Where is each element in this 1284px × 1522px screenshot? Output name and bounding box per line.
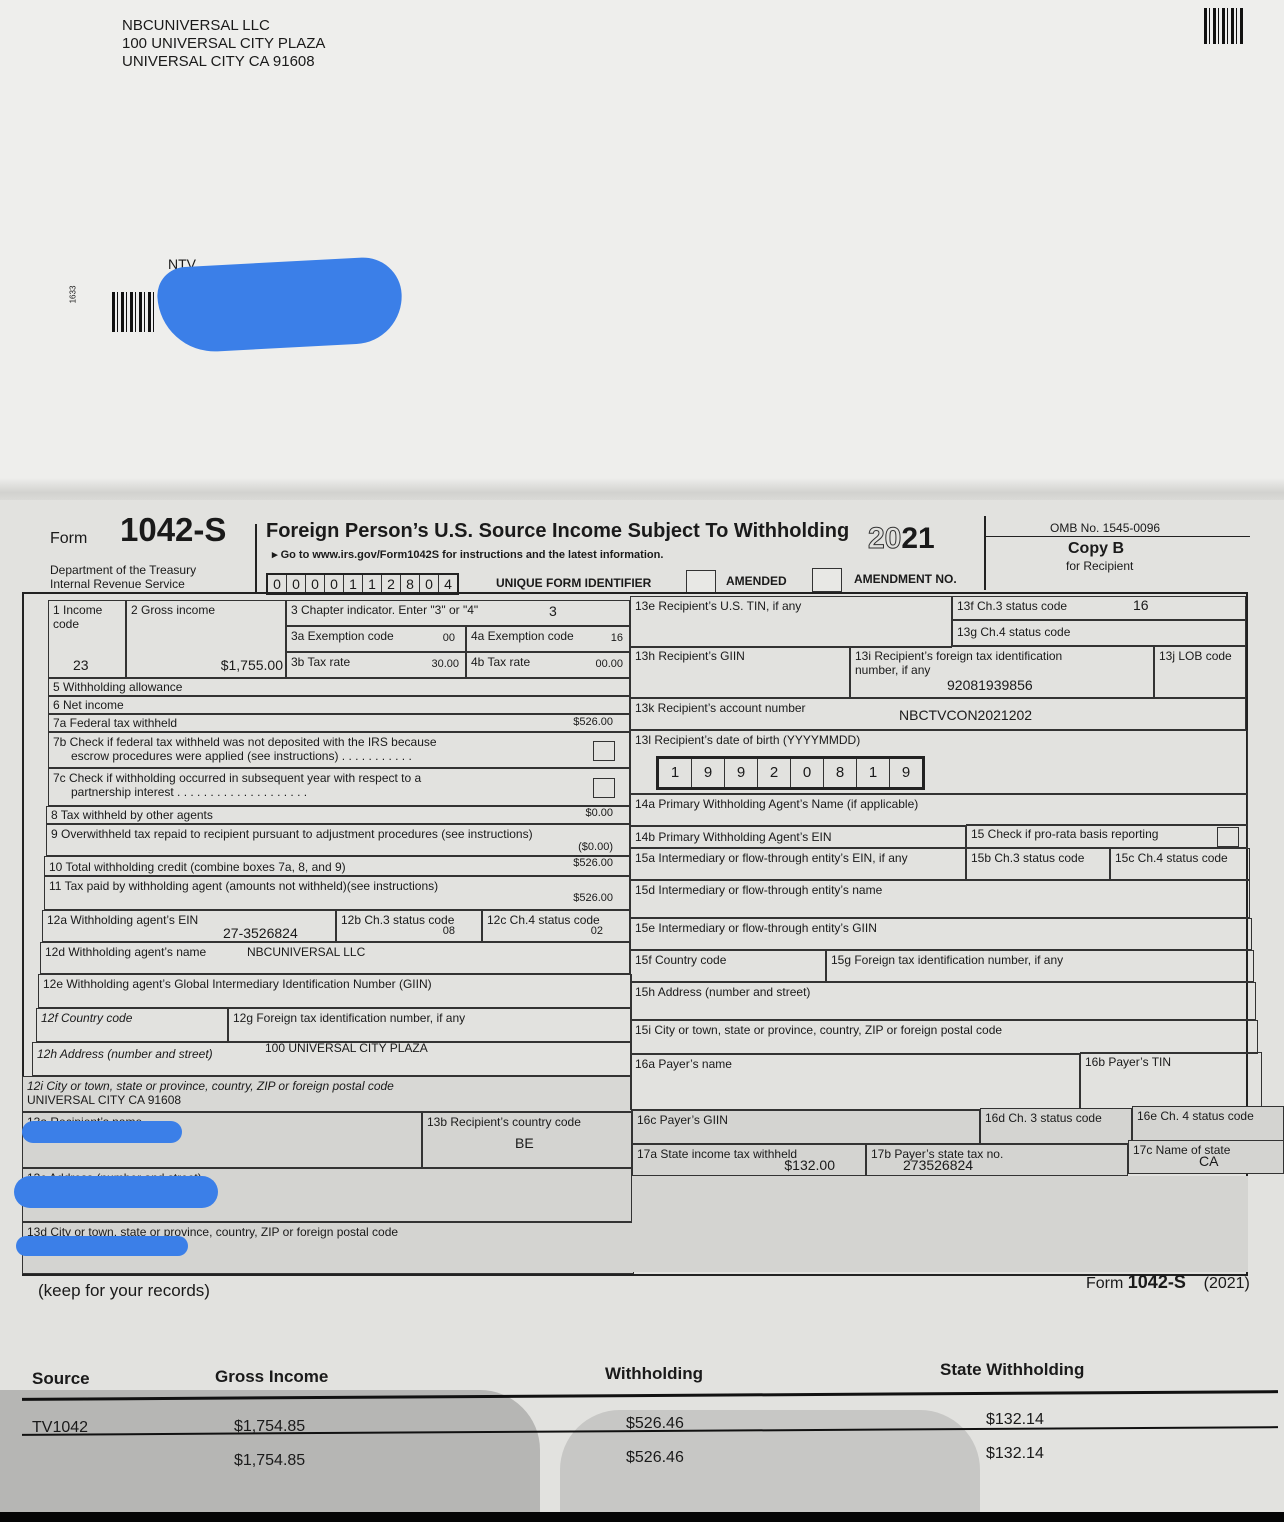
- ch3-status-13f-value: 16: [1133, 597, 1149, 613]
- box-3b: 3b Tax rate 30.00: [286, 652, 466, 678]
- box-15f: 15f Country code: [630, 950, 826, 982]
- year-prefix: 20: [868, 522, 901, 555]
- box-label: 13f Ch.3 status code: [957, 599, 1067, 613]
- box-15g: 15g Foreign tax identification number, i…: [826, 950, 1254, 982]
- box-12c: 12c Ch.4 status code 02: [482, 910, 630, 942]
- box-label: 13k Recipient’s account number: [635, 701, 806, 715]
- keep-note: (keep for your records): [38, 1281, 210, 1301]
- copy-for: for Recipient: [1066, 559, 1133, 573]
- department-line: Department of the Treasury: [50, 563, 196, 577]
- box-12e: 12e Withholding agent’s Global Intermedi…: [38, 974, 632, 1008]
- box-label: 15d Intermediary or flow-through entity’…: [635, 883, 882, 897]
- box-3: 3 Chapter indicator. Enter "3" or "4" 3: [286, 600, 630, 626]
- box-label: number, if any: [855, 663, 1149, 677]
- box-label: escrow procedures were applied (see inst…: [53, 749, 625, 763]
- form-word: Form: [50, 530, 87, 548]
- box-8: 8 Tax withheld by other agents $0.00: [46, 806, 630, 824]
- partnership-checkbox[interactable]: [593, 778, 615, 798]
- sender-name: NBCUNIVERSAL LLC: [122, 17, 325, 35]
- box-label: partnership interest . . . . . . . . . .…: [53, 785, 625, 799]
- withholding-agent-ein-value: 27-3526824: [223, 925, 298, 941]
- agent-address-value: 100 UNIVERSAL CITY PLAZA: [265, 1041, 428, 1055]
- footer-form-number: 1042-S: [1128, 1272, 1186, 1292]
- sender-city: UNIVERSAL CITY CA 91608: [122, 53, 325, 71]
- state-tax-withheld-value: $132.00: [784, 1157, 835, 1173]
- col-header-withholding: Withholding: [605, 1364, 703, 1384]
- exemption-code-3a-value: 00: [443, 632, 455, 644]
- box-1: 1 Income code 23: [48, 600, 126, 678]
- box-13i: 13i Recipient’s foreign tax identificati…: [850, 646, 1154, 698]
- box-label: 14b Primary Withholding Agent’s EIN: [635, 830, 832, 844]
- ufi-digit: 2: [382, 575, 401, 593]
- box-16d: 16d Ch. 3 status code: [980, 1108, 1132, 1144]
- cell-state-withholding: $132.14: [986, 1445, 1044, 1463]
- box-12d: 12d Withholding agent’s name NBCUNIVERSA…: [40, 942, 630, 974]
- box-15i: 15i City or town, state or province, cou…: [630, 1020, 1258, 1054]
- amendment-no-box[interactable]: [812, 568, 842, 592]
- agent-city-value: UNIVERSAL CITY CA 91608: [27, 1093, 627, 1107]
- box-label: 5 Withholding allowance: [53, 680, 182, 694]
- box-16c: 16c Payer’s GIIN: [632, 1110, 980, 1144]
- ufi-digit: 8: [401, 575, 420, 593]
- footer-form-id: Form 1042-S (2021): [1086, 1272, 1250, 1293]
- box-label: 12a Withholding agent’s EIN: [47, 913, 198, 927]
- recipient-country-code-value: BE: [515, 1135, 534, 1151]
- box-10: 10 Total withholding credit (combine box…: [44, 856, 630, 876]
- box-4a: 4a Exemption code 16: [466, 626, 630, 652]
- col-header-gross-income: Gross Income: [215, 1367, 328, 1387]
- shadow: [0, 1390, 540, 1512]
- date-of-birth-digits: 19920819: [656, 756, 925, 790]
- box-label: 13e Recipient’s U.S. TIN, if any: [635, 599, 801, 613]
- footer-form-word: Form: [1086, 1275, 1123, 1292]
- cell-state-withholding: $132.14: [986, 1411, 1044, 1429]
- recipient-foreign-tin-value: 92081939856: [947, 677, 1033, 693]
- box-label: 12h Address (number and street): [37, 1047, 213, 1061]
- box-13f: 13f Ch.3 status code 16: [952, 596, 1246, 620]
- box-label: 12i City or town, state or province, cou…: [27, 1079, 627, 1093]
- box-label: 13b Recipient’s country code: [427, 1115, 581, 1129]
- box-label: 7a Federal tax withheld: [53, 716, 177, 730]
- box-17b: 17b Payer’s state tax no. 273526824: [866, 1144, 1128, 1176]
- box-label: 6 Net income: [53, 698, 124, 712]
- box-3a: 3a Exemption code 00: [286, 626, 466, 652]
- box-17c: 17c Name of state CA: [1128, 1140, 1284, 1174]
- box-label: 16d Ch. 3 status code: [985, 1111, 1102, 1125]
- tax-rate-4b-value: 00.00: [595, 658, 623, 670]
- withholding-agent-name-value: NBCUNIVERSAL LLC: [247, 945, 365, 959]
- box-label: 3 Chapter indicator. Enter "3" or "4": [291, 603, 478, 617]
- box-16a: 16a Payer’s name: [630, 1054, 1080, 1110]
- box-13b: 13b Recipient’s country code BE: [422, 1112, 632, 1168]
- fold-line: [0, 478, 1284, 502]
- box-label: 16b Payer’s TIN: [1085, 1055, 1171, 1069]
- bottom-edge: [0, 1512, 1284, 1522]
- top-sheet: [0, 0, 1284, 490]
- sender-address: NBCUNIVERSAL LLC 100 UNIVERSAL CITY PLAZ…: [122, 17, 325, 71]
- ufi-digit: 1: [363, 575, 382, 593]
- box-15a: 15a Intermediary or flow-through entity’…: [630, 848, 966, 880]
- box-15b: 15b Ch.3 status code: [966, 848, 1110, 880]
- ufi-digit: 4: [439, 575, 457, 593]
- ufi-digit: 0: [325, 575, 344, 593]
- ch3-status-12b-value: 08: [443, 925, 455, 937]
- datamatrix-barcode-icon: [112, 292, 156, 332]
- dob-digit: 2: [758, 759, 791, 787]
- box-12a: 12a Withholding agent’s EIN 27-3526824: [42, 910, 336, 942]
- amended-checkbox[interactable]: [686, 570, 716, 594]
- pro-rata-checkbox[interactable]: [1217, 827, 1239, 847]
- tax-withheld-others-value: $0.00: [585, 807, 613, 819]
- box-label: 10 Total withholding credit (combine box…: [49, 860, 346, 874]
- box-label: 4b Tax rate: [471, 655, 530, 669]
- box-12g: 12g Foreign tax identification number, i…: [228, 1008, 632, 1042]
- box-label: 17a State income tax withheld: [637, 1147, 797, 1161]
- tax-paid-by-agent-value: $526.00: [573, 892, 613, 904]
- col-header-source: Source: [32, 1369, 90, 1389]
- copy-label: Copy B: [1068, 540, 1124, 558]
- redaction-mark: [156, 256, 404, 355]
- federal-tax-withheld-value: $526.00: [573, 716, 613, 728]
- box-14a: 14a Primary Withholding Agent’s Name (if…: [630, 794, 1248, 826]
- amended-label: AMENDED: [726, 574, 787, 588]
- box-13h: 13h Recipient’s GIIN: [630, 646, 850, 698]
- total-withholding-credit-value: $526.00: [573, 857, 613, 869]
- ufi-digit: 1: [344, 575, 363, 593]
- box-12i: 12i City or town, state or province, cou…: [22, 1076, 632, 1112]
- box-label: 12b Ch.3 status code: [341, 913, 454, 927]
- divider: [986, 536, 1250, 537]
- box-label: 3a Exemption code: [291, 629, 394, 643]
- box-label: 8 Tax withheld by other agents: [51, 808, 213, 822]
- year-suffix: 21: [901, 522, 934, 555]
- box-label: 16a Payer’s name: [635, 1057, 732, 1071]
- ufi-digit: 0: [268, 575, 287, 593]
- box-14b: 14b Primary Withholding Agent’s EIN: [630, 826, 966, 848]
- box-17a: 17a State income tax withheld $132.00: [632, 1144, 866, 1176]
- box-15h: 15h Address (number and street): [630, 982, 1256, 1020]
- exemption-code-4a-value: 16: [611, 632, 623, 644]
- box-label: 15c Ch.4 status code: [1115, 851, 1228, 865]
- payer-state-tax-no-value: 273526824: [903, 1157, 973, 1173]
- box-5: 5 Withholding allowance: [48, 678, 630, 696]
- overwithheld-value: ($0.00): [578, 841, 613, 853]
- box-label: 16c Payer’s GIIN: [637, 1113, 728, 1127]
- box-label: 13i Recipient’s foreign tax identificati…: [855, 649, 1149, 663]
- tax-year: 2021: [868, 522, 935, 556]
- box-label: 12c Ch.4 status code: [487, 913, 600, 927]
- state-name-value: CA: [1199, 1153, 1218, 1169]
- chapter-indicator-value: 3: [549, 603, 557, 619]
- recipient-account-number-value: NBCTVCON2021202: [899, 707, 1032, 723]
- box-label: 11 Tax paid by withholding agent (amount…: [49, 879, 438, 893]
- box-label: 4a Exemption code: [471, 629, 574, 643]
- box-label: 13j LOB code: [1159, 649, 1232, 663]
- box-11: 11 Tax paid by withholding agent (amount…: [44, 876, 630, 910]
- redaction-mark: [14, 1176, 218, 1208]
- box-label: 2 Gross income: [131, 603, 215, 617]
- box-label: 13h Recipient’s GIIN: [635, 649, 745, 663]
- box-label: 15b Ch.3 status code: [971, 851, 1084, 865]
- dob-digit: 8: [824, 759, 857, 787]
- dob-digit: 9: [692, 759, 725, 787]
- box-16b: 16b Payer’s TIN: [1080, 1052, 1262, 1110]
- box-12h: 12h Address (number and street) 100 UNIV…: [32, 1042, 632, 1076]
- box-label: 12d Withholding agent’s name: [45, 945, 206, 959]
- datamatrix-barcode-icon: [1204, 8, 1244, 44]
- divider: [255, 524, 257, 594]
- box-13e: 13e Recipient’s U.S. TIN, if any: [630, 596, 952, 648]
- box-13k: 13k Recipient’s account number NBCTVCON2…: [630, 698, 1246, 730]
- box-label: 15h Address (number and street): [635, 985, 810, 999]
- dob-digit: 9: [890, 759, 922, 787]
- box-15e: 15e Intermediary or flow-through entity’…: [630, 918, 1252, 950]
- cell-gross-income: $1,754.85: [234, 1452, 305, 1470]
- box-7b: 7b Check if federal tax withheld was not…: [48, 732, 630, 768]
- box-label: 12f Country code: [41, 1011, 132, 1025]
- tax-rate-3b-value: 30.00: [431, 658, 459, 670]
- box-9: 9 Overwithheld tax repaid to recipient p…: [46, 824, 630, 856]
- redaction-mark: [16, 1236, 188, 1256]
- box-13j: 13j LOB code: [1154, 646, 1246, 698]
- ch4-status-12c-value: 02: [591, 925, 603, 937]
- box-label: 3b Tax rate: [291, 655, 350, 669]
- box-label: 15 Check if pro-rata basis reporting: [971, 827, 1158, 841]
- box-label: 1 Income code: [53, 603, 102, 631]
- dob-digit: 0: [791, 759, 824, 787]
- amendment-no-label: AMENDMENT NO.: [854, 572, 957, 586]
- gross-income-value: $1,755.00: [221, 657, 283, 673]
- box-label: 12g Foreign tax identification number, i…: [233, 1011, 465, 1025]
- divider: [984, 516, 986, 590]
- box-6: 6 Net income: [48, 696, 630, 714]
- box-label: 13l Recipient’s date of birth (YYYYMMDD): [635, 733, 860, 747]
- omb-number: OMB No. 1545-0096: [1050, 521, 1160, 535]
- box-label: 13g Ch.4 status code: [957, 625, 1070, 639]
- box-label: 7b Check if federal tax withheld was not…: [53, 735, 625, 749]
- box-label: 14a Primary Withholding Agent’s Name (if…: [635, 797, 918, 811]
- box-12b: 12b Ch.3 status code 08: [336, 910, 482, 942]
- shadow: [560, 1410, 980, 1512]
- ufi-label: UNIQUE FORM IDENTIFIER: [496, 576, 651, 590]
- footer-year: (2021): [1204, 1275, 1250, 1292]
- redaction-mark: [22, 1121, 182, 1143]
- col-header-state-withholding: State Withholding: [940, 1360, 1084, 1380]
- instructions-text: Go to www.irs.gov/Form1042S for instruct…: [281, 549, 664, 561]
- ufi-digit: 0: [420, 575, 439, 593]
- box-15: 15 Check if pro-rata basis reporting: [966, 824, 1248, 848]
- box-12f: 12f Country code: [36, 1008, 228, 1042]
- box-15d: 15d Intermediary or flow-through entity’…: [630, 880, 1250, 918]
- box-15c: 15c Ch.4 status code: [1110, 848, 1250, 880]
- side-number: 1633: [68, 286, 77, 304]
- box-label: 15i City or town, state or province, cou…: [635, 1023, 1002, 1037]
- box-7a: 7a Federal tax withheld $526.00: [48, 714, 630, 732]
- box-label: 15f Country code: [635, 953, 726, 967]
- box-label: 15e Intermediary or flow-through entity’…: [635, 921, 877, 935]
- dob-digit: 1: [659, 759, 692, 787]
- department-line: Internal Revenue Service: [50, 577, 196, 591]
- box-13g: 13g Ch.4 status code: [952, 620, 1246, 646]
- box-label: 12e Withholding agent’s Global Intermedi…: [43, 977, 432, 991]
- box-label: 7c Check if withholding occurred in subs…: [53, 771, 625, 785]
- dob-digit: 1: [857, 759, 890, 787]
- box-7c: 7c Check if withholding occurred in subs…: [48, 768, 630, 806]
- instructions-link[interactable]: ▸ Go to www.irs.gov/Form1042S for instru…: [272, 548, 663, 561]
- ufi-digit: 0: [287, 575, 306, 593]
- escrow-checkbox[interactable]: [593, 741, 615, 761]
- box-label: 15g Foreign tax identification number, i…: [831, 953, 1063, 967]
- form-title: Foreign Person’s U.S. Source Income Subj…: [266, 520, 849, 543]
- income-code-value: 23: [73, 657, 89, 673]
- box-label: 15a Intermediary or flow-through entity’…: [635, 851, 908, 865]
- box-16e: 16e Ch. 4 status code: [1132, 1106, 1284, 1144]
- box-label: 16e Ch. 4 status code: [1137, 1109, 1254, 1123]
- cell-withholding: $526.46: [626, 1449, 684, 1467]
- box-2: 2 Gross income $1,755.00: [126, 600, 286, 678]
- sender-street: 100 UNIVERSAL CITY PLAZA: [122, 35, 325, 53]
- department: Department of the Treasury Internal Reve…: [50, 563, 196, 591]
- form-number: 1042-S: [120, 511, 226, 549]
- box-4b: 4b Tax rate 00.00: [466, 652, 630, 678]
- dob-digit: 9: [725, 759, 758, 787]
- blank-area: [632, 1176, 1248, 1272]
- ufi-digit: 0: [306, 575, 325, 593]
- box-label: 9 Overwithheld tax repaid to recipient p…: [51, 827, 533, 841]
